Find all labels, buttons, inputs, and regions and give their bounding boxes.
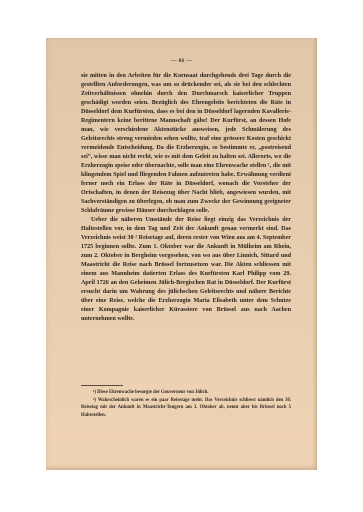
- footnote-1: ¹) Diese Ehrenwache besorgte der Gouvern…: [81, 389, 291, 397]
- paragraph-1: sie mitten in den Arbeiten für die Korns…: [81, 72, 291, 216]
- body-text: sie mitten in den Arbeiten für die Korns…: [81, 72, 291, 324]
- footnotes: ¹) Diese Ehrenwache besorgte der Gouvern…: [81, 389, 291, 419]
- footnote-2: ²) Wahrscheinlich waren es ein paar Reis…: [81, 397, 291, 420]
- page-number: — 86 —: [46, 58, 317, 64]
- paragraph-2: Ueber die näheren Umstände der Reise lie…: [81, 216, 291, 324]
- scanned-page: — 86 — sie mitten in den Arbeiten für di…: [46, 38, 317, 470]
- footnote-divider: [81, 385, 123, 386]
